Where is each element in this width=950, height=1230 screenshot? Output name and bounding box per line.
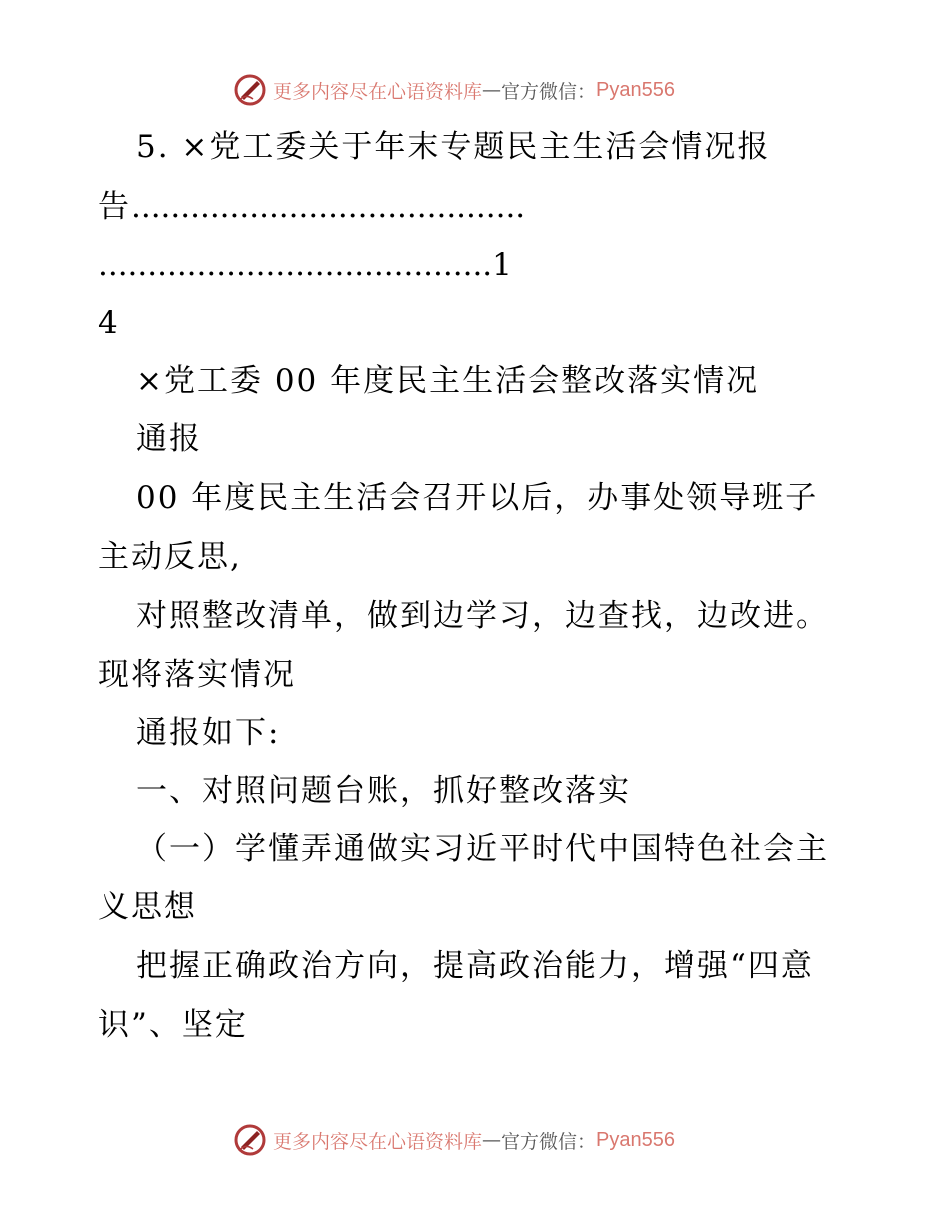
- toc-page-number: 1: [492, 247, 514, 283]
- paragraph: 现将落实情况: [98, 655, 296, 695]
- watermark-wechat-label: 官方微信：: [501, 77, 596, 104]
- paragraph: 00 年度民主生活会召开以后，办事处领导班子: [136, 478, 818, 518]
- toc-page-number-wrap: 4: [98, 303, 120, 343]
- paragraph: 通报如下:: [136, 713, 280, 753]
- watermark-wechat-id: Pyan556: [596, 79, 675, 102]
- footer-watermark: 更多内容尽在心语资料库 — 官方微信： Pyan556: [233, 1120, 675, 1160]
- toc-leader-dots: ........................................: [98, 247, 492, 283]
- pen-logo-icon: [233, 73, 267, 107]
- watermark-dash: —: [482, 1129, 501, 1151]
- section-heading: 一、对照问题台账，抓好整改落实: [136, 771, 631, 811]
- toc-title-tail: 告: [98, 189, 131, 225]
- header-watermark: 更多内容尽在心语资料库 — 官方微信： Pyan556: [233, 70, 675, 110]
- paragraph: 把握正确政治方向，提高政治能力，增强“四意: [136, 946, 814, 986]
- toc-entry-title-tail: 告.......................................…: [98, 187, 525, 227]
- pen-logo-icon: [233, 1123, 267, 1157]
- watermark-wechat-id: Pyan556: [596, 1129, 675, 1152]
- watermark-text: 更多内容尽在心语资料库: [273, 77, 482, 104]
- paragraph: 识”、坚定: [98, 1005, 248, 1045]
- subsection-heading-cont: 义思想: [98, 887, 197, 927]
- watermark-text: 更多内容尽在心语资料库: [273, 1127, 482, 1154]
- subsection-heading: （一）学懂弄通做实习近平时代中国特色社会主: [136, 829, 829, 869]
- toc-entry-title: 5. ×党工委关于年末专题民主生活会情况报: [136, 127, 770, 167]
- paragraph: 对照整改清单，做到边学习，边查找，边改进。: [136, 596, 829, 636]
- paragraph: 主动反思,: [98, 537, 242, 577]
- document-title-cont: 通报: [136, 419, 202, 459]
- toc-leader-dots: ........................................: [131, 189, 525, 225]
- watermark-wechat-label: 官方微信：: [501, 1127, 596, 1154]
- document-title: ×党工委 00 年度民主生活会整改落实情况: [136, 361, 759, 401]
- watermark-dash: —: [482, 79, 501, 101]
- toc-leader-line: ........................................…: [98, 245, 514, 285]
